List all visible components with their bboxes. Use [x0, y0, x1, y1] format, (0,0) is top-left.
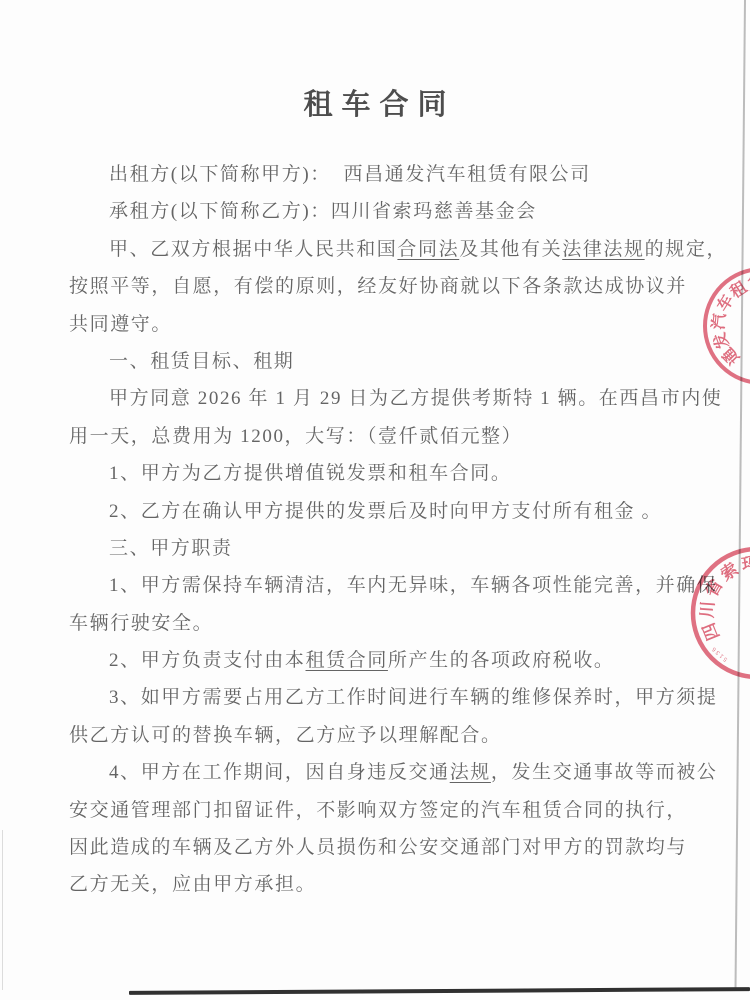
svg-text:通: 通: [718, 344, 743, 369]
text-segment: ，发生交通事故等而被公: [491, 762, 718, 783]
contract-line: 承租方(以下简称乙方)：四川省索玛慈善基金会: [69, 193, 697, 230]
svg-text:玛: 玛: [740, 553, 750, 574]
underlined-term: 法律法规: [562, 239, 644, 260]
underlined-term: 法规: [450, 762, 491, 783]
contract-line: 1、甲方为乙方提供增值锐发票和租车合同。: [69, 455, 697, 492]
contract-line: 车辆行驶安全。: [69, 605, 697, 642]
paper-bottom-edge-line: [129, 987, 750, 995]
text-segment: 所产生的各项政府税收。: [388, 650, 615, 671]
contract-line: 1、甲方需保持车辆清洁，车内无异味，车辆各项性能完善，并确保: [69, 567, 697, 604]
scanned-contract-page: 租车合同 出租方(以下简称甲方)： 西昌通发汽车租赁有限公司承租方(以下简称乙方…: [0, 0, 750, 1000]
text-segment: 共同遵守。: [69, 314, 172, 335]
contract-line: 出租方(以下简称甲方)： 西昌通发汽车租赁有限公司: [69, 156, 697, 193]
text-segment: 出租方(以下简称甲方)： 西昌通发汽车租赁有限公司: [109, 164, 591, 185]
contract-line: 甲方同意 2026 年 1 月 29 日为乙方提供考斯特 1 辆。在西昌市内使: [69, 380, 697, 417]
contract-line: 三、甲方职责: [69, 530, 697, 567]
contract-line: 供乙方认可的替换车辆，乙方应予以理解配合。: [69, 717, 697, 754]
contract-line: 因此造成的车辆及乙方外人员损伤和公安交通部门对甲方的罚款均与: [69, 829, 697, 866]
text-segment: 供乙方认可的替换车辆，乙方应予以理解配合。: [69, 725, 502, 746]
text-segment: 三、甲方职责: [109, 538, 233, 559]
svg-text:租: 租: [726, 277, 750, 302]
text-segment: 甲、乙双方根据中华人民共和国: [109, 239, 397, 260]
text-segment: 及其他有关: [459, 239, 562, 260]
text-segment: 安交通管理部门扣留证件，不影响双方签定的汽车租赁合同的执行，: [69, 800, 687, 821]
text-segment: 4、甲方在工作期间，因自身违反交通: [109, 762, 450, 783]
text-segment: 1、甲方需保持车辆清洁，车内无异味，车辆各项性能完善，并确保: [109, 575, 718, 596]
underlined-term: 合同法: [397, 239, 459, 260]
text-segment: 一、租赁目标、租期: [109, 351, 294, 372]
paper-left-edge-line: [2, 830, 3, 990]
text-segment: 承租方(以下简称乙方)：四川省索玛慈善基金会: [109, 201, 537, 222]
text-segment: 3、如甲方需要占用乙方工作时间进行车辆的维修保养时，甲方须提: [109, 687, 718, 708]
text-segment: 的规定，: [645, 239, 727, 260]
text-segment: 甲方同意 2026 年 1 月 29 日为乙方提供考斯特 1 辆。在西昌市内使: [109, 388, 722, 409]
text-segment: 乙方无关，应由甲方承担。: [69, 874, 316, 895]
text-segment: 2、乙方在确认甲方提供的发票后及时向甲方支付所有租金 。: [109, 501, 662, 522]
svg-text:汽: 汽: [708, 312, 729, 331]
contract-line: 一、租赁目标、租期: [69, 343, 697, 380]
contract-line: 4、甲方在工作期间，因自身违反交通法规，发生交通事故等而被公: [69, 754, 697, 791]
contract-line: 2、甲方负责支付由本租赁合同所产生的各项政府税收。: [69, 642, 697, 679]
text-segment: 1、甲方为乙方提供增值锐发票和租车合同。: [109, 463, 512, 484]
paper-right-edge-line: [734, 0, 746, 991]
text-segment: 按照平等，自愿，有偿的原则，经友好协商就以下各条款达成协议并: [69, 276, 687, 297]
contract-line: 3、如甲方需要占用乙方工作时间进行车辆的维修保养时，甲方须提: [69, 679, 697, 716]
contract-line: 2、乙方在确认甲方提供的发票后及时向甲方支付所有租金 。: [69, 493, 697, 530]
svg-text:车: 车: [713, 291, 738, 315]
contract-body: 出租方(以下简称甲方)： 西昌通发汽车租赁有限公司承租方(以下简称乙方)：四川省…: [69, 156, 697, 904]
contract-line: 安交通管理部门扣留证件，不影响双方签定的汽车租赁合同的执行，: [69, 792, 697, 829]
text-segment: 因此造成的车辆及乙方外人员损伤和公安交通部门对甲方的罚款均与: [69, 837, 687, 858]
text-segment: 用一天，总费用为 1200，大写：（壹仟贰佰元整）: [69, 426, 522, 447]
text-segment: 车辆行驶安全。: [69, 613, 213, 634]
text-segment: 2、甲方负责支付由本: [109, 650, 306, 671]
contract-line: 共同遵守。: [69, 306, 697, 343]
contract-line: 用一天，总费用为 1200，大写：（壹仟贰佰元整）: [69, 418, 697, 455]
svg-text:索: 索: [717, 559, 742, 584]
contract-title: 租车合同: [0, 82, 750, 123]
contract-line: 按照平等，自愿，有偿的原则，经友好协商就以下各条款达成协议并: [69, 268, 697, 305]
svg-text:发: 发: [709, 330, 733, 352]
contract-line: 乙方无关，应由甲方承担。: [69, 866, 697, 903]
contract-line: 甲、乙双方根据中华人民共和国合同法及其他有关法律法规的规定，: [69, 231, 697, 268]
seal-serial-number: 5 1 3 6: [711, 645, 729, 662]
svg-text:四: 四: [699, 620, 723, 643]
underlined-term: 租赁合同: [306, 650, 388, 671]
svg-text:赁: 赁: [746, 272, 750, 293]
